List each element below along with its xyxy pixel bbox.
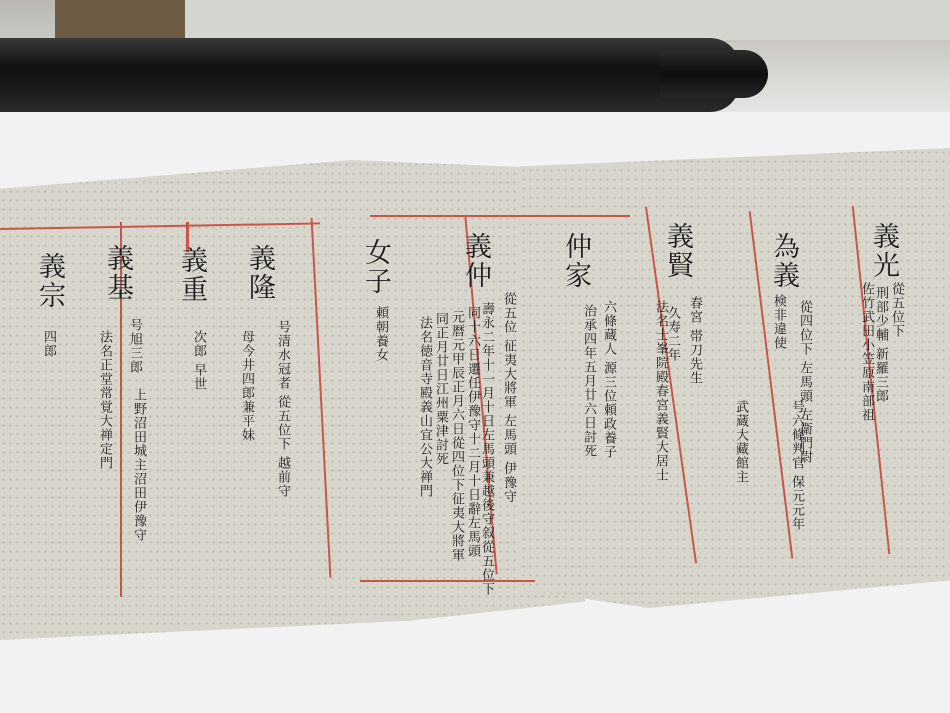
entry-note: 上野沼田城主沼田伊豫守 (130, 388, 145, 542)
entry-name-nakaie: 仲家 (562, 232, 589, 290)
entry-note: 法名士峯院殿春宮義賢大居士 (652, 300, 667, 482)
entry-name-yoshimoto: 義基 (104, 244, 131, 302)
entry-note: 号旭三郎 (126, 318, 141, 374)
entry-note: 号清水冠者 從五位下 越前守 (274, 320, 289, 498)
entry-note: 刑部少輔 新羅三郎 (872, 286, 887, 403)
entry-name-yoshishige: 義重 (178, 246, 205, 304)
entry-note: 法名徳音寺殿義山宜公大禅門 (416, 316, 431, 498)
rule-line (370, 215, 630, 217)
entry-note: 次郎 早世 (190, 330, 205, 391)
entry-note: 從五位 征夷大將軍 左馬頭 伊豫守 (500, 292, 515, 503)
scroll-rod-end (660, 50, 768, 98)
entry-note: 頼朝養女 (372, 306, 387, 362)
entry-note: 壽永二年十一月十日左馬頭兼越後守叙從五位下 (478, 302, 493, 596)
entry-note: 検非違使 (770, 294, 785, 350)
entry-note: 佐竹武田小笠原南部祖 (858, 282, 873, 422)
display-shelf (185, 0, 950, 42)
entry-note: 治承四年五月廿六日討死 (580, 304, 595, 458)
entry-name-yoshimitsu: 義光 (870, 222, 897, 280)
entry-note: 春宮 帯刀先生 (686, 296, 701, 385)
wooden-block (55, 0, 190, 42)
entry-note: 元暦元甲辰正月六日從四位下征夷大將軍 (448, 310, 463, 562)
entry-note: 同十六日遷任伊豫守十二月十日辭左馬頭 (464, 306, 479, 558)
entry-note: 從五位下 (888, 282, 903, 338)
entry-note: 母今井四郎兼平妹 (238, 330, 253, 442)
entry-name-yoshitaka: 義隆 (246, 244, 273, 302)
entry-name-tameyoshi: 為義 (770, 232, 797, 290)
entry-note: 同正月廿日江州粟津討死 (432, 312, 447, 466)
rule-line (360, 580, 535, 582)
entry-name-yoshinaka: 義仲 (462, 232, 489, 290)
entry-note: 四郎 (40, 330, 55, 358)
scroll-rod (0, 38, 740, 112)
scroll-paper-left (0, 160, 585, 640)
entry-note: 法名正堂常覚大禅定門 (96, 330, 111, 470)
entry-note: 六條蔵人 源三位頼政養子 (600, 300, 615, 459)
entry-name-joshi: 女子 (362, 238, 389, 296)
entry-note: 号六條判官 保元元年 (788, 400, 803, 531)
entry-name-yoshikata: 義賢 (664, 222, 691, 280)
entry-note: 武蔵大藏館主 (732, 400, 747, 484)
entry-name-yoshimune: 義宗 (36, 252, 63, 310)
